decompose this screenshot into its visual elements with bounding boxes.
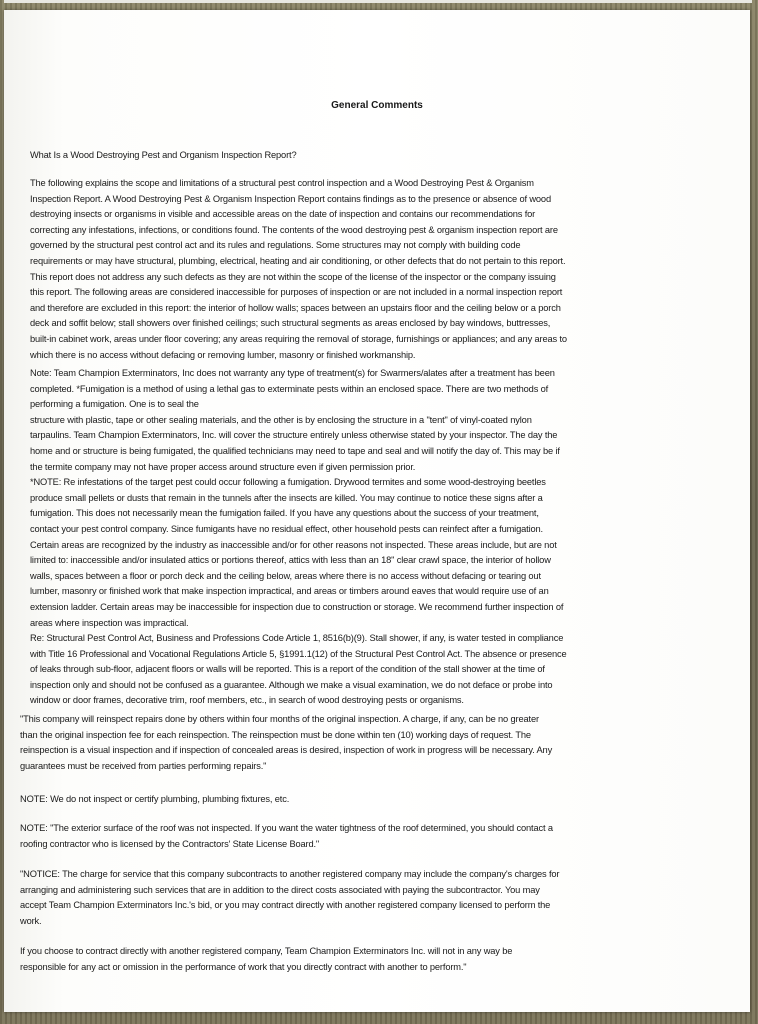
text-line: NOTE: "The exterior surface of the roof … (20, 821, 553, 837)
text-line: accept Team Champion Exterminators Inc.'… (20, 898, 559, 914)
text-line: window or door frames, decorative trim, … (30, 693, 567, 709)
text-line: guarantees must be received from parties… (20, 759, 552, 775)
text-line: reinspection is a visual inspection and … (20, 743, 552, 759)
text-line: "NOTICE: The charge for service that thi… (20, 867, 559, 883)
text-line: This report does not address any such de… (30, 270, 567, 286)
notice-subcontract: "NOTICE: The charge for service that thi… (20, 867, 559, 929)
text-line: which there is no access without defacin… (30, 348, 567, 364)
text-line: roofing contractor who is licensed by th… (20, 837, 553, 853)
note-roof: NOTE: "The exterior surface of the roof … (20, 821, 553, 852)
paragraph-reinspect: "This company will reinspect repairs don… (20, 712, 552, 774)
text-line: work. (20, 914, 559, 930)
text-line: and therefore are excluded in this repor… (30, 301, 567, 317)
text-line: tarpaulins. Team Champion Exterminators,… (30, 428, 567, 444)
text-line: NOTE: We do not inspect or certify plumb… (20, 792, 289, 808)
paragraph-scope: The following explains the scope and lim… (30, 176, 567, 363)
text-line: governed by the structural pest control … (30, 238, 567, 254)
text-line: *NOTE: Re infestations of the target pes… (30, 475, 567, 491)
text-line: limited to: inaccessible and/or insulate… (30, 553, 567, 569)
document-page: General Comments What Is a Wood Destroyi… (4, 10, 750, 1012)
text-line: Certain areas are recognized by the indu… (30, 538, 567, 554)
text-line: fumigation. This does not necessarily me… (30, 506, 567, 522)
text-line: of leaks through sub-floor, adjacent flo… (30, 662, 567, 678)
text-line: Re: Structural Pest Control Act, Busines… (30, 631, 567, 647)
sheet-edge-above (4, 0, 752, 3)
text-line: requirements or may have structural, plu… (30, 254, 567, 270)
text-line: completed. *Fumigation is a method of us… (30, 382, 567, 398)
text-line: destroying insects or organisms in visib… (30, 207, 567, 223)
text-line: areas where inspection was impractical. (30, 616, 567, 632)
text-line: walls, spaces between a floor or porch d… (30, 569, 567, 585)
paragraph-fumigation: Note: Team Champion Exterminators, Inc d… (30, 366, 567, 709)
section-heading: What Is a Wood Destroying Pest and Organ… (30, 148, 296, 164)
text-line: lumber, masonry or finished work that ma… (30, 584, 567, 600)
text-line: deck and soffit below; stall showers ove… (30, 316, 567, 332)
text-line: Inspection Report. A Wood Destroying Pes… (30, 192, 567, 208)
text-line: "This company will reinspect repairs don… (20, 712, 552, 728)
text-line: structure with plastic, tape or other se… (30, 413, 567, 429)
text-line: performing a fumigation. One is to seal … (30, 397, 567, 413)
text-line: responsible for any act or omission in t… (20, 960, 512, 976)
section-heading-block: What Is a Wood Destroying Pest and Organ… (30, 148, 296, 164)
text-line: this report. The following areas are con… (30, 285, 567, 301)
text-line: home and or structure is being fumigated… (30, 444, 567, 460)
text-line: inspection only and should not be confus… (30, 678, 567, 694)
page-title: General Comments (4, 100, 750, 111)
text-line-smudged: correcting any infestations, infections,… (30, 223, 567, 239)
text-line: arranging and administering such service… (20, 883, 559, 899)
text-line: the termite company may not have proper … (30, 460, 567, 476)
note-plumbing: NOTE: We do not inspect or certify plumb… (20, 792, 289, 808)
text-line: The following explains the scope and lim… (30, 176, 567, 192)
text-line: contact your pest control company. Since… (30, 522, 567, 538)
text-line: Note: Team Champion Exterminators, Inc d… (30, 366, 567, 382)
text-line: built-in cabinet work, areas under floor… (30, 332, 567, 348)
text-line: with Title 16 Professional and Vocationa… (30, 647, 567, 663)
text-line: produce small pellets or dusts that rema… (30, 491, 567, 507)
text-line: extension ladder. Certain areas may be i… (30, 600, 567, 616)
text-line: than the original inspection fee for eac… (20, 728, 552, 744)
paragraph-direct-contract: If you choose to contract directly with … (20, 944, 512, 975)
text-line: If you choose to contract directly with … (20, 944, 512, 960)
